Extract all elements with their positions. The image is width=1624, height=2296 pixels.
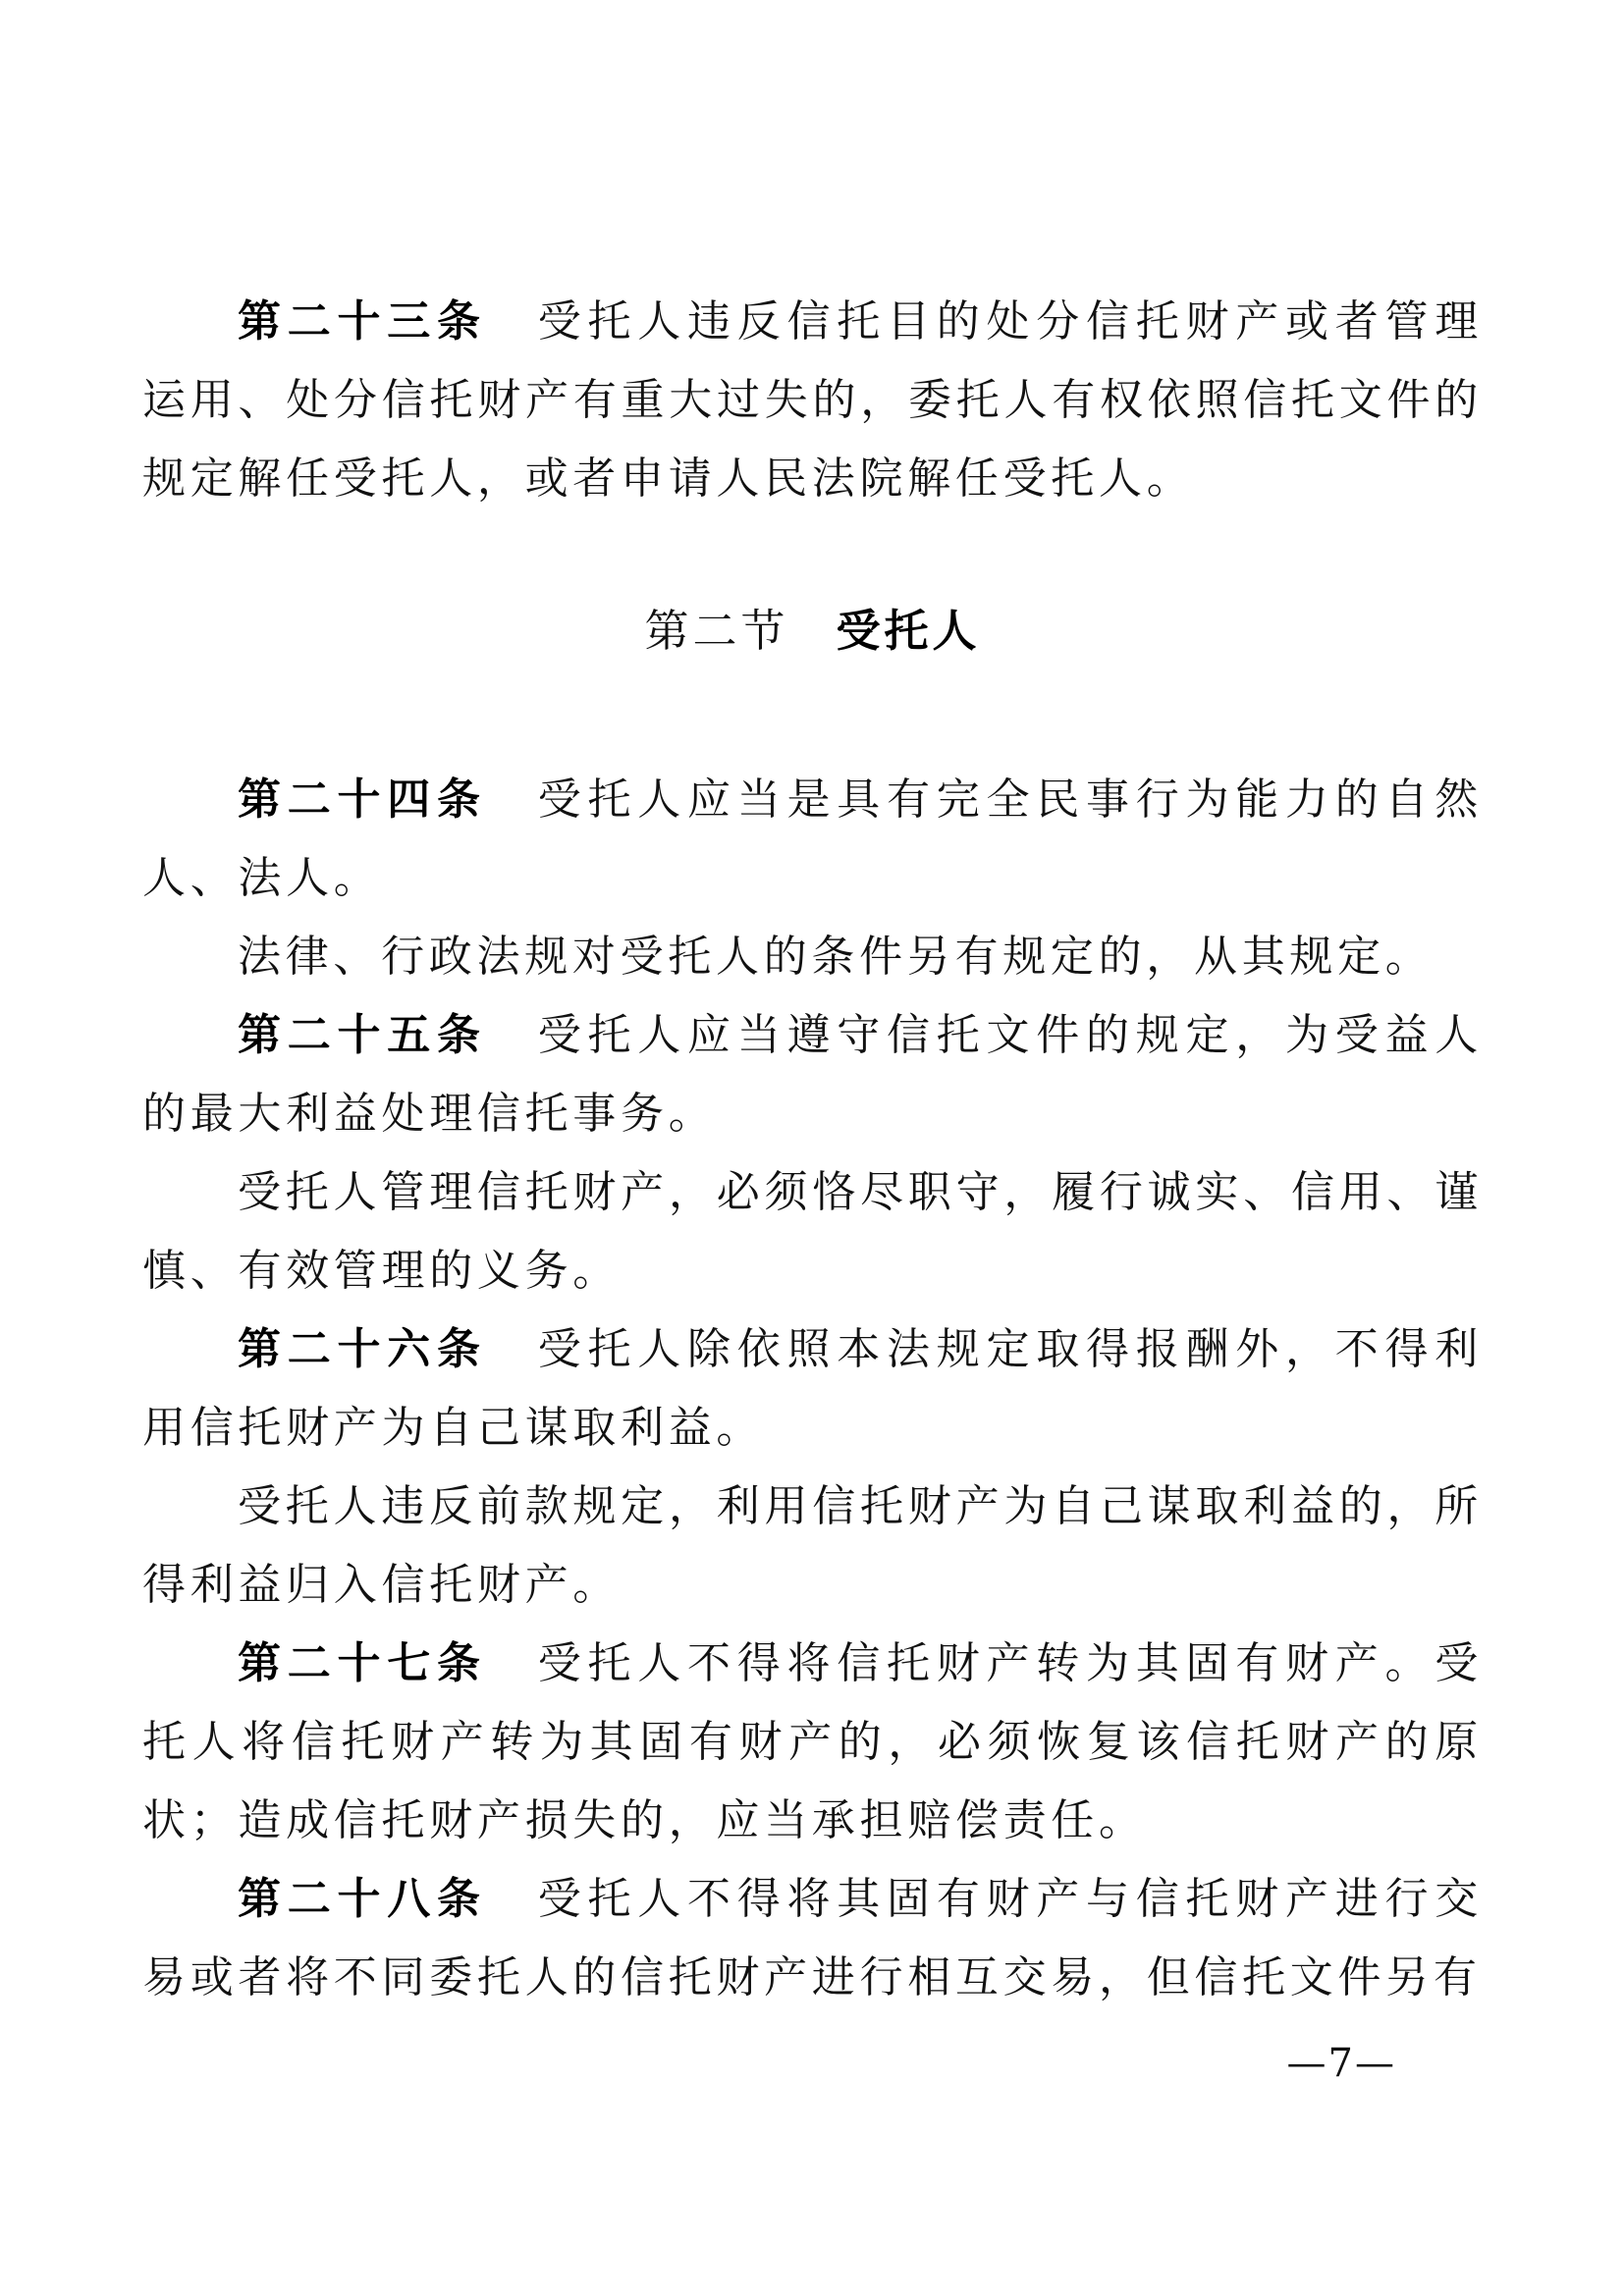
article-number: 第二十五条 (238, 1010, 487, 1060)
article-paragraph: 受托人违反前款规定，利用信托财产为自己谋取利益的，所得利益归入信托财产。 (142, 1468, 1483, 1625)
article-number: 第二十七条 (238, 1638, 487, 1688)
article-paragraph: 第二十四条受托人应当是具有完全民事行为能力的自然人、法人。 (142, 761, 1483, 918)
article-text: 受托人管理信托财产，必须恪尽职守，履行诚实、信用、谨慎、有效管理的义务。 (142, 1167, 1483, 1296)
section-heading: 第二节受托人 (142, 592, 1483, 670)
article-text: 法律、行政法规对受托人的条件另有规定的，从其规定。 (238, 932, 1434, 982)
section-title: 受托人 (837, 605, 981, 657)
page-number: —7— (1287, 2040, 1396, 2087)
article-paragraph: 第二十三条受托人违反信托目的处分信托财产或者管理运用、处分信托财产有重大过失的，… (142, 283, 1483, 518)
article-paragraph: 第二十六条受托人除依照本法规定取得报酬外，不得利用信托财产为自己谋取利益。 (142, 1310, 1483, 1468)
document-page: 第二十三条受托人违反信托目的处分信托财产或者管理运用、处分信托财产有重大过失的，… (0, 0, 1624, 2296)
section-label: 第二节 (644, 605, 788, 657)
article-paragraph: 第二十八条受托人不得将其固有财产与信托财产进行交易或者将不同委托人的信托财产进行… (142, 1860, 1483, 2017)
article-paragraph: 法律、行政法规对受托人的条件另有规定的，从其规定。 (142, 918, 1483, 996)
article-number: 第二十三条 (238, 296, 487, 347)
article-text: 受托人违反前款规定，利用信托财产为自己谋取利益的，所得利益归入信托财产。 (142, 1481, 1483, 1610)
article-paragraph: 第二十七条受托人不得将信托财产转为其固有财产。受托人将信托财产转为其固有财产的，… (142, 1625, 1483, 1860)
article-paragraph: 第二十五条受托人应当遵守信托文件的规定，为受益人的最大利益处理信托事务。 (142, 996, 1483, 1153)
document-body: 第二十三条受托人违反信托目的处分信托财产或者管理运用、处分信托财产有重大过失的，… (142, 283, 1483, 2017)
article-number: 第二十六条 (238, 1324, 487, 1374)
article-number: 第二十四条 (238, 774, 487, 825)
article-number: 第二十八条 (238, 1874, 487, 1924)
article-paragraph: 受托人管理信托财产，必须恪尽职守，履行诚实、信用、谨慎、有效管理的义务。 (142, 1153, 1483, 1310)
